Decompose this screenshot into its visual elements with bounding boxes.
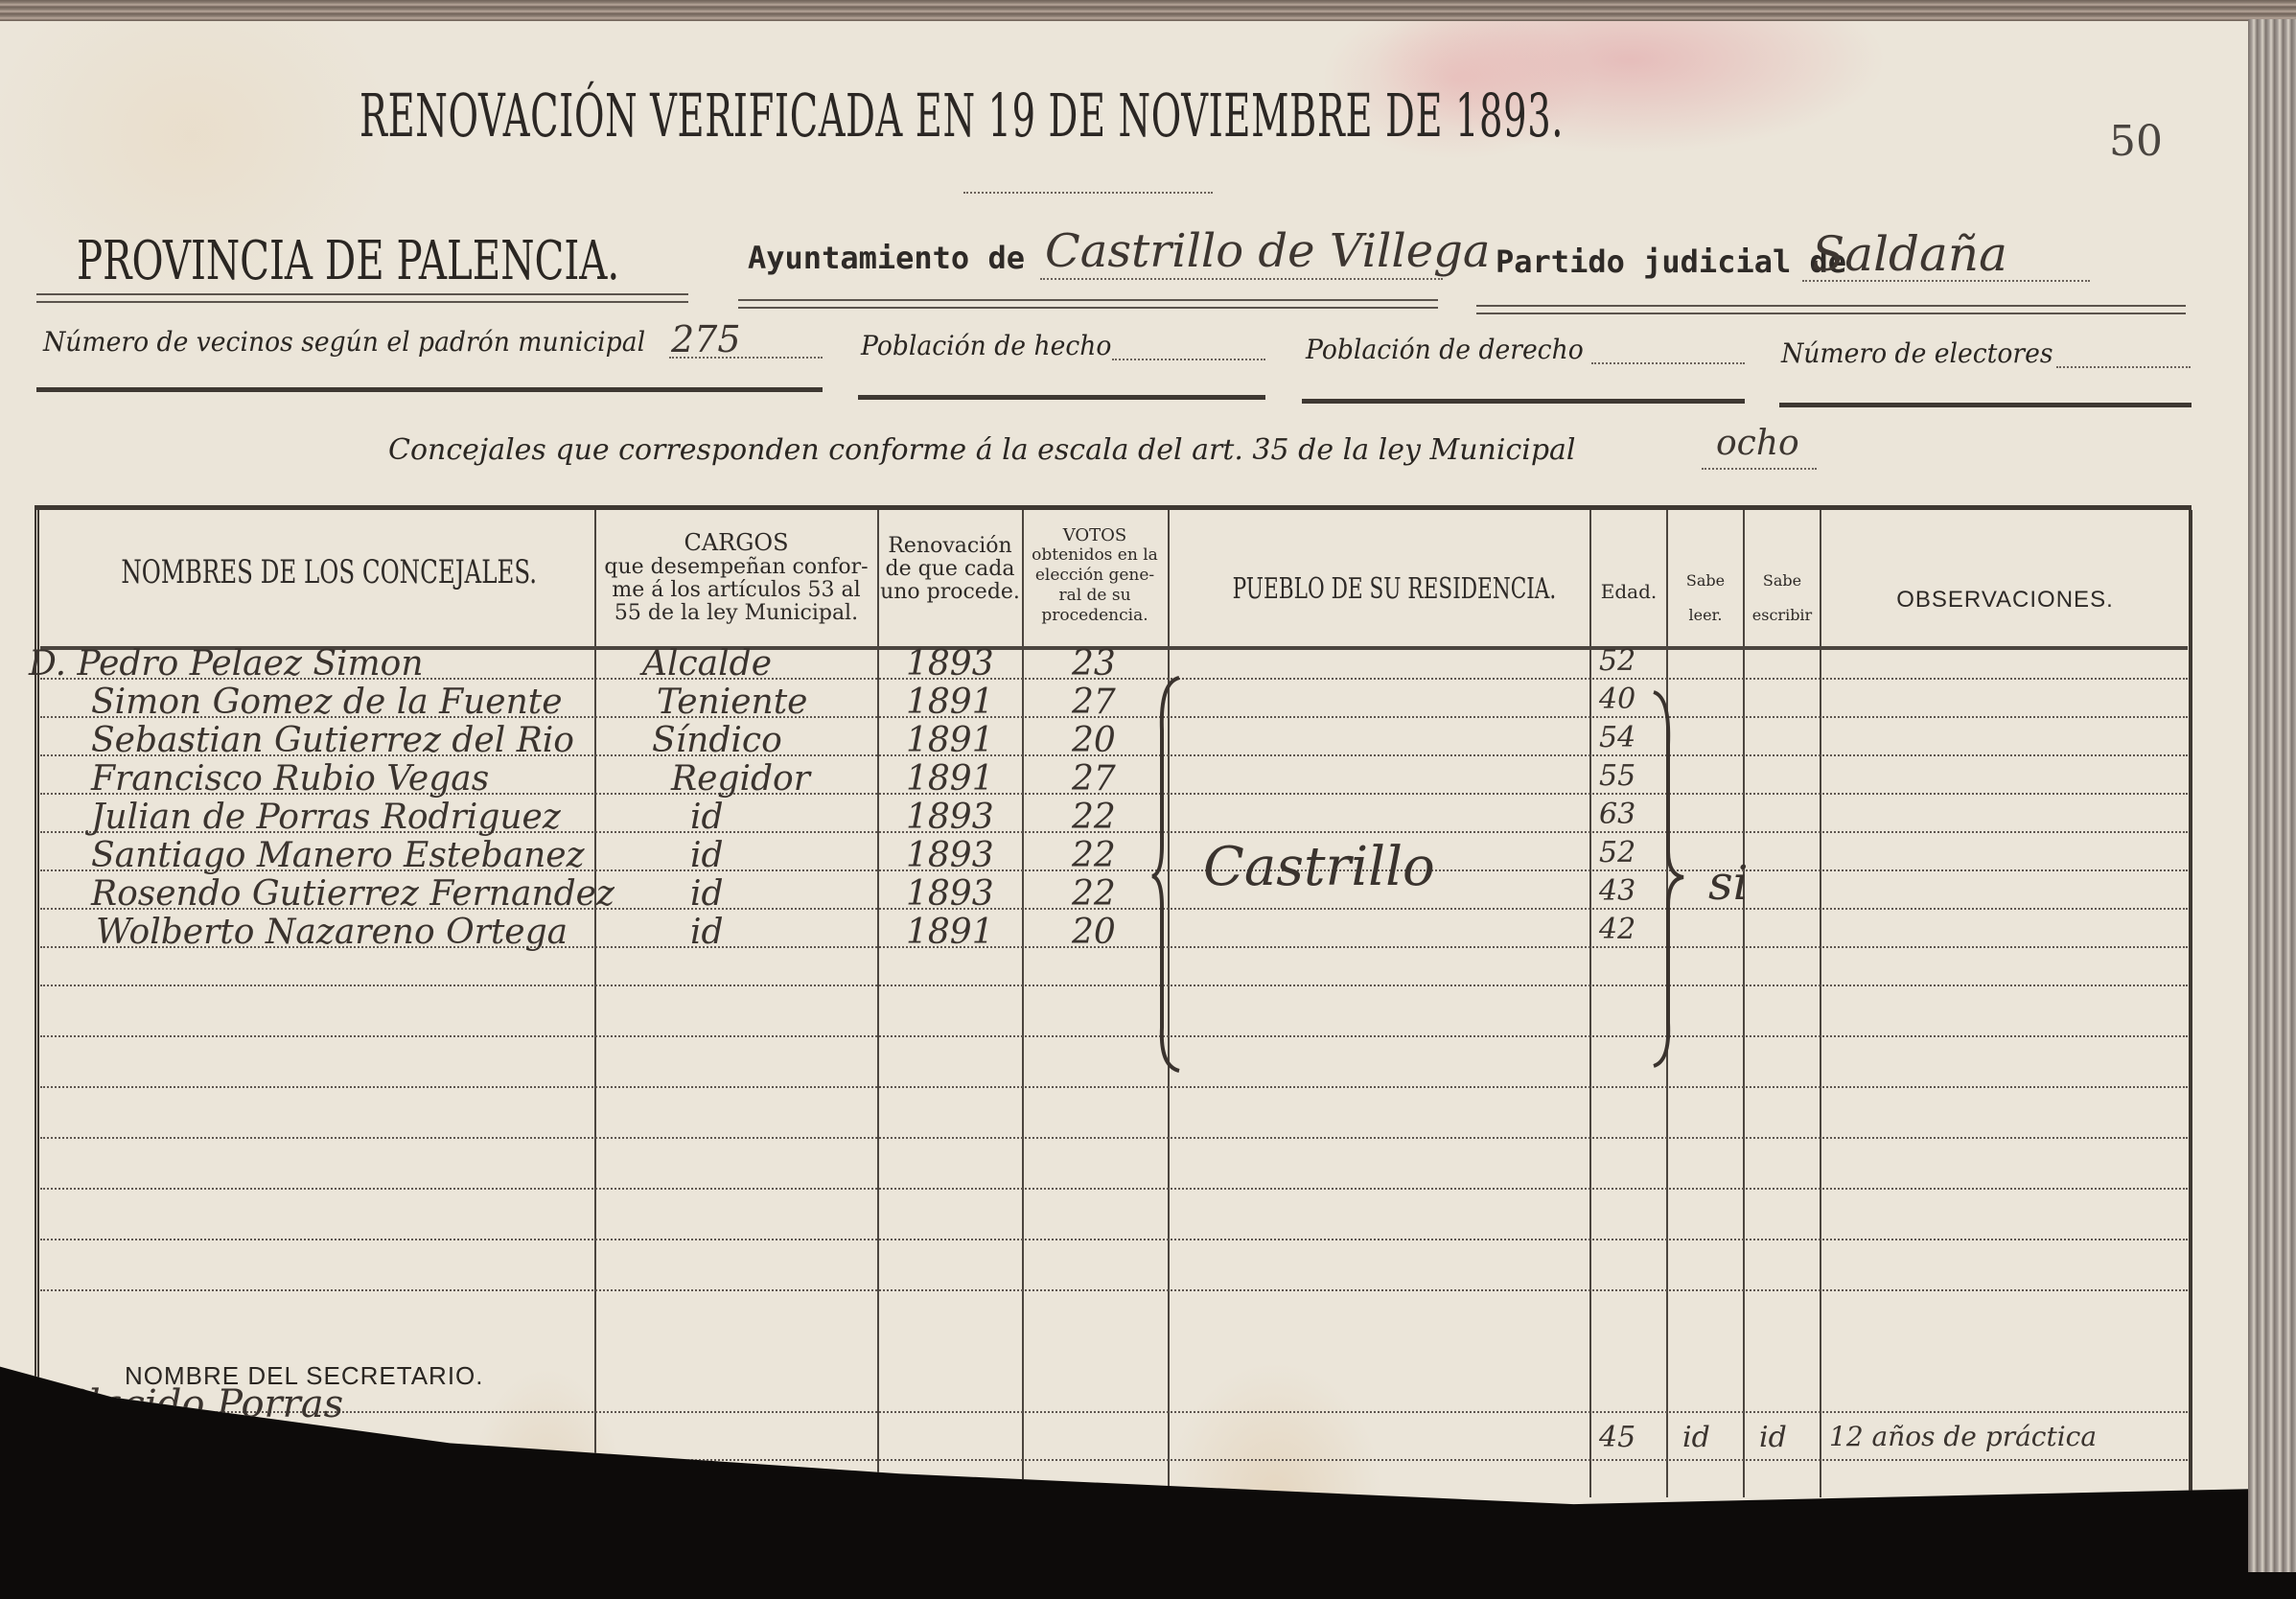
secretario-name: Placido Porras	[62, 1382, 343, 1426]
row-line	[40, 1411, 2188, 1413]
concejales-label: Concejales que corresponden conforme á l…	[388, 433, 1576, 467]
row-line	[40, 1289, 2188, 1291]
header-pueblo-label: PUEBLO DE SU RESIDENCIA.	[1233, 572, 1557, 606]
header-escribir-label: escribir	[1745, 598, 1820, 633]
col-divider	[1743, 510, 1745, 1497]
header-leer-title: Sabe	[1668, 564, 1743, 598]
poblacion-derecho-rule	[1302, 399, 1745, 404]
secretario-line	[40, 1459, 2188, 1461]
row-line	[40, 1137, 2188, 1139]
partido-label: Partido judicial de	[1496, 243, 1846, 280]
row-line	[40, 1035, 2188, 1037]
row-4-edad: 55	[1599, 759, 1635, 793]
secretario-observaciones: 12 años de práctica	[1829, 1421, 2097, 1452]
row-4-votos: 27	[1072, 759, 1116, 799]
row-8-votos: 20	[1072, 913, 1116, 952]
poblacion-hecho-rule	[858, 395, 1265, 400]
edad-brace-icon	[1649, 687, 1687, 1071]
row-4-nombre: Francisco Rubio Vegas	[91, 759, 489, 799]
row-5-edad: 63	[1599, 798, 1635, 831]
row-4-renovacion: 1891	[906, 759, 994, 799]
row-4-cargo: Regidor	[671, 759, 810, 799]
header-votos-title: VOTOS	[1024, 525, 1166, 545]
electores-label: Número de electores	[1781, 337, 2052, 369]
row-8-renovacion: 1891	[906, 913, 994, 952]
row-8-nombre: Wolberto Nazareno Ortega	[96, 913, 568, 952]
header-pueblo: PUEBLO DE SU RESIDENCIA.	[1170, 572, 1589, 606]
header-cargos: CARGOS que desempeñan confor-me á los ar…	[596, 529, 876, 625]
row-5-nombre: Julian de Porras Rodriguez	[91, 798, 561, 837]
ayuntamiento-rule	[738, 299, 1438, 309]
row-8-cargo: id	[690, 913, 724, 952]
electores-field	[2056, 366, 2191, 368]
ledger-page: RENOVACIÓN VERIFICADA EN 19 DE NOVIEMBRE…	[0, 21, 2248, 1550]
secretario-escribir: id	[1759, 1421, 1787, 1454]
pueblo-grouped: Castrillo	[1203, 836, 1435, 898]
row-6-renovacion: 1893	[906, 836, 994, 875]
col-divider	[1022, 510, 1024, 1497]
header-renovacion: Renovación de que cada uno procede.	[880, 535, 1020, 604]
header-observaciones: OBSERVACIONES.	[1821, 587, 2189, 614]
ayuntamiento-value: Castrillo de Villega	[1045, 224, 1490, 278]
header-edad: Edad.	[1591, 580, 1666, 603]
row-1-renovacion: 1893	[906, 644, 994, 684]
row-7-nombre: Rosendo Gutierrez Fernandez	[91, 874, 615, 914]
row-line	[40, 1239, 2188, 1240]
provincia-rule	[36, 293, 688, 303]
partido-value: Saldaña	[1812, 226, 2007, 282]
header-votos-label: obtenidos en la elección gene-ral de su …	[1024, 545, 1166, 626]
row-line	[40, 1086, 2188, 1088]
table-right-border	[2189, 510, 2192, 1526]
row-1-votos: 23	[1072, 644, 1116, 684]
row-6-cargo: id	[690, 836, 724, 875]
partido-rule	[1476, 305, 2186, 314]
row-1-cargo: Alcalde	[642, 644, 772, 684]
row-2-nombre: Simon Gomez de la Fuente	[91, 683, 563, 722]
poblacion-derecho-label: Población de derecho	[1306, 334, 1584, 365]
header-nombres-label: NOMBRES DE LOS CONCEJALES.	[121, 553, 537, 591]
header-votos: VOTOS obtenidos en la elección gene-ral …	[1024, 525, 1166, 626]
row-1-edad: 52	[1599, 644, 1635, 678]
header-nombres: NOMBRES DE LOS CONCEJALES.	[40, 553, 594, 591]
leer-escribir-grouped: si	[1708, 855, 1749, 911]
table-top-rule	[35, 505, 2192, 510]
header-cargos-title: CARGOS	[596, 529, 876, 556]
row-2-renovacion: 1891	[906, 683, 994, 722]
header-leer-label: leer.	[1668, 598, 1743, 633]
row-5-votos: 22	[1072, 798, 1116, 837]
pueblo-brace-icon	[1150, 673, 1189, 1076]
col-divider	[877, 510, 879, 1497]
concejales-value: ocho	[1716, 424, 1799, 463]
header-leer: Sabe leer.	[1668, 564, 1743, 633]
poblacion-derecho-field	[1591, 362, 1745, 364]
header-cargos-label: que desempeñan confor-me á los artículos…	[596, 556, 876, 625]
row-5-renovacion: 1893	[906, 798, 994, 837]
row-7-votos: 22	[1072, 874, 1116, 914]
row-3-edad: 54	[1599, 721, 1635, 754]
secretario-leer: id	[1682, 1421, 1710, 1454]
electores-rule	[1779, 403, 2192, 407]
row-8-edad: 42	[1599, 913, 1635, 946]
row-2-edad: 40	[1599, 683, 1635, 716]
row-7-cargo: id	[690, 874, 724, 914]
header-escribir-title: Sabe	[1745, 564, 1820, 598]
secretario-edad: 45	[1599, 1421, 1635, 1454]
ayuntamiento-dots	[1040, 278, 1443, 280]
partido-dots	[1802, 280, 2090, 282]
row-7-renovacion: 1893	[906, 874, 994, 914]
col-divider	[1820, 510, 1821, 1497]
row-6-edad: 52	[1599, 836, 1635, 869]
page-title: RENOVACIÓN VERIFICADA EN 19 DE NOVIEMBRE…	[359, 81, 1564, 151]
row-7-edad: 43	[1599, 874, 1635, 908]
vecinos-label: Número de vecinos según el padrón munici…	[43, 326, 645, 358]
row-6-nombre: Santiago Manero Estebanez	[91, 836, 585, 875]
book-edge-right	[2248, 19, 2296, 1572]
row-2-votos: 27	[1072, 683, 1116, 722]
row-3-renovacion: 1891	[906, 721, 994, 760]
row-line	[40, 985, 2188, 986]
row-2-cargo: Teniente	[657, 683, 807, 722]
row-5-cargo: id	[690, 798, 724, 837]
poblacion-hecho-field	[1112, 359, 1265, 360]
provincia-label: PROVINCIA DE PALENCIA.	[77, 230, 619, 292]
row-6-votos: 22	[1072, 836, 1116, 875]
header-escribir: Sabe escribir	[1745, 564, 1820, 633]
row-3-cargo: Síndico	[652, 721, 782, 760]
concejales-dots	[1702, 468, 1817, 470]
row-3-nombre: Sebastian Gutierrez del Rio	[91, 721, 574, 760]
ayuntamiento-label: Ayuntamiento de	[748, 240, 1025, 276]
row-line	[40, 1188, 2188, 1190]
poblacion-hecho-label: Población de hecho	[861, 330, 1111, 361]
title-ornament	[963, 192, 1213, 197]
vecinos-value: 275	[671, 318, 741, 360]
row-1-nombre: D. Pedro Pelaez Simon	[29, 644, 424, 684]
col-divider	[1589, 510, 1591, 1497]
vecinos-dots	[669, 357, 823, 359]
vecinos-rule	[36, 387, 823, 392]
col-divider	[594, 510, 596, 1497]
page-number: 50	[2109, 117, 2163, 166]
row-3-votos: 20	[1072, 721, 1116, 760]
